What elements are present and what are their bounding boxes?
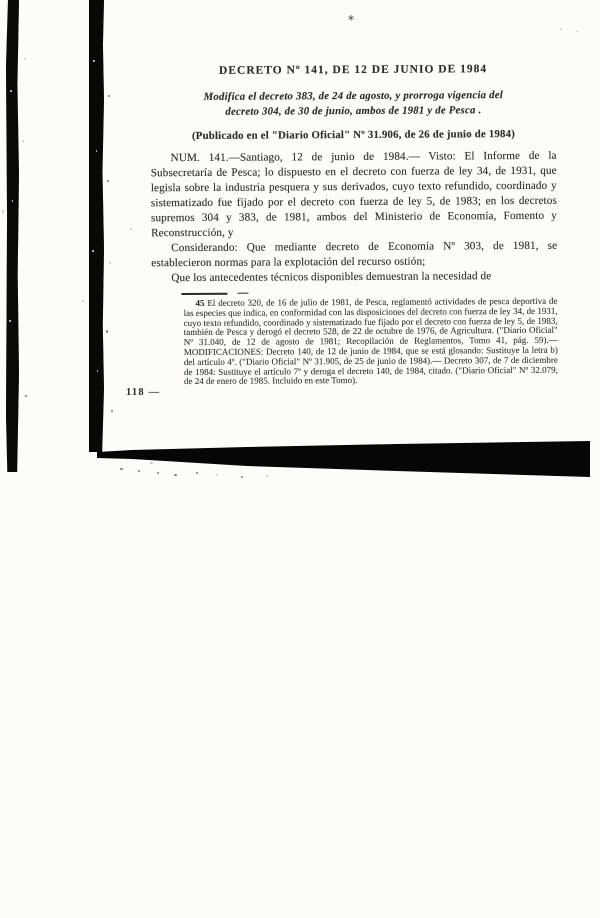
scan-speckle <box>109 262 111 264</box>
footnote-separator <box>181 291 557 295</box>
body-paragraph-antecedentes: Que los antecedentes técnicos disponible… <box>151 269 557 286</box>
decree-body: NUM. 141.—Santiago, 12 de junio de 1984.… <box>151 149 558 286</box>
scan-speckle <box>12 200 13 202</box>
scan-speckle <box>150 462 153 464</box>
scan-speckle <box>10 90 12 92</box>
scan-speckle <box>266 475 268 477</box>
scan-speckle <box>97 370 98 372</box>
footnote-separator-segment <box>181 293 227 295</box>
scan-edge-strip <box>6 0 19 472</box>
body-paragraph-visto: NUM. 141.—Santiago, 12 de junio de 1984.… <box>151 149 558 241</box>
decree-subtitle-line1: Modifica el decreto 383, de 24 de agosto… <box>204 89 503 103</box>
printers-mark: * <box>348 13 354 27</box>
decree-subtitle-line2: decreto 304, de 30 de junio, ambos de 19… <box>225 104 481 118</box>
scan-speckle <box>93 60 95 62</box>
scan-speckle <box>111 410 113 412</box>
scan-speckle <box>174 474 177 476</box>
scan-speckle <box>96 150 97 152</box>
scan-speckle <box>108 95 110 97</box>
scan-speckle <box>560 28 562 30</box>
footnote-text: El decreto 320, de 16 de julio de 1981, … <box>184 296 558 387</box>
scan-speckle <box>2 210 4 213</box>
scan-speckle <box>196 472 198 474</box>
scan-shadow-band <box>97 440 590 478</box>
scan-speckle <box>216 474 218 476</box>
scan-speckle <box>107 180 109 182</box>
scan-speckle <box>430 48 431 49</box>
scan-speckle <box>92 250 94 252</box>
footnote: 45 El decreto 320, de 16 de julio de 198… <box>183 297 558 387</box>
scan-speckle <box>130 228 132 230</box>
footnote-number: 45 <box>195 298 204 308</box>
decree-subtitle: Modifica el decreto 383, de 24 de agosto… <box>150 88 556 120</box>
scan-speckle <box>24 58 26 60</box>
scan-speckle <box>120 468 123 470</box>
scan-speckle <box>25 395 27 397</box>
decree-title: DECRETO Nº 141, DE 12 DE JUNIO DE 1984 <box>150 63 556 77</box>
scan-speckle <box>106 330 108 333</box>
footnote-separator-dash <box>237 293 248 294</box>
scan-speckle <box>138 470 140 472</box>
page-number: 118 — <box>126 387 160 398</box>
scan-gutter-bar <box>89 0 104 452</box>
scan-speckle <box>9 320 11 322</box>
scan-speckle <box>82 300 84 302</box>
body-paragraph-considerando: Considerando: Que mediante decreto de Ec… <box>151 239 557 271</box>
publication-note: (Publicado en el "Diario Oficial" Nº 31.… <box>150 128 556 142</box>
scan-speckle <box>22 140 24 142</box>
page-content: DECRETO Nº 141, DE 12 DE JUNIO DE 1984 M… <box>150 55 558 388</box>
scan-speckle <box>241 476 243 478</box>
scan-speckle <box>576 31 578 32</box>
scan-speckle <box>157 472 159 474</box>
